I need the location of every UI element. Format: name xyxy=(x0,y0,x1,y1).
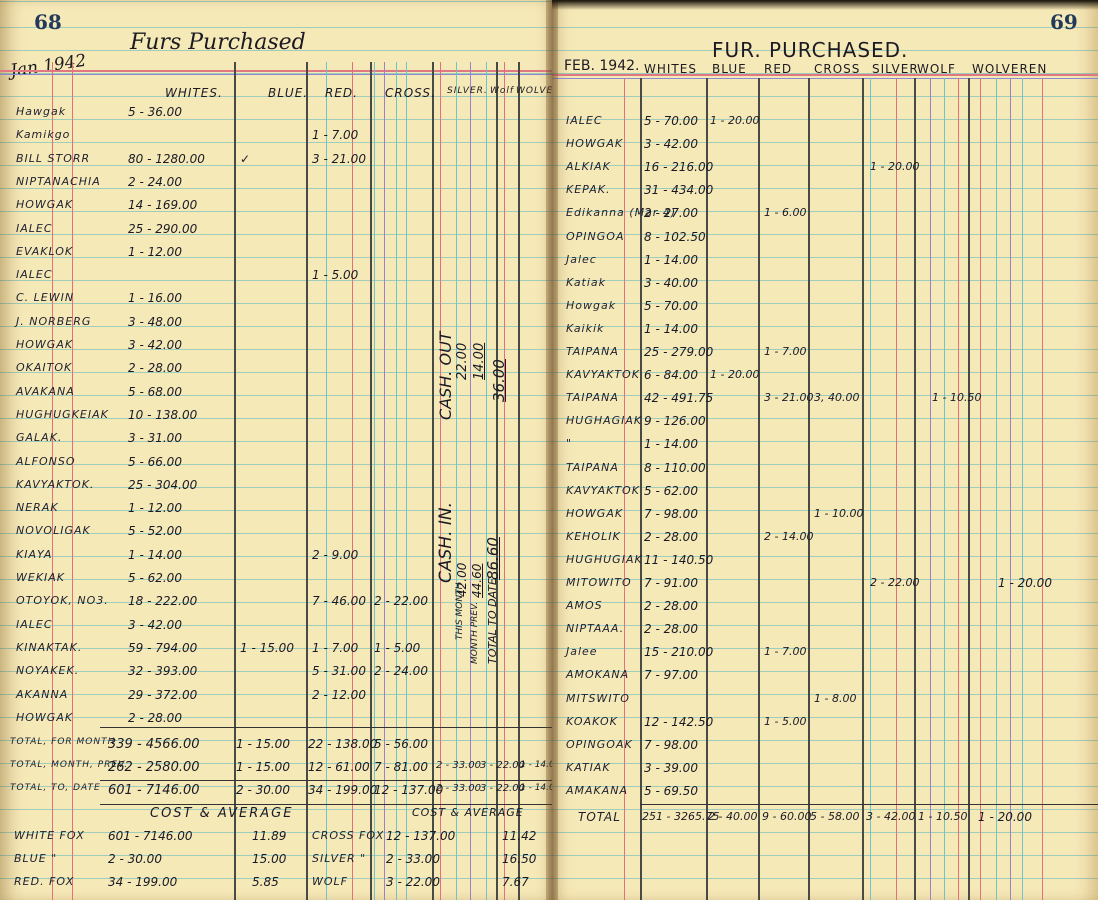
column-header: Wolf xyxy=(490,86,514,96)
page-number: 69 xyxy=(1050,10,1078,34)
total-row: TOTAL, TO, DATE601 - 7146.002 - 30.0034 … xyxy=(0,781,552,804)
whites-entry: 3 - 42.00 xyxy=(644,137,698,151)
fur-seller-name: IALEC xyxy=(16,268,53,281)
total-label: TOTAL, TO, DATE xyxy=(10,783,101,793)
cost-average: 11.42 xyxy=(502,829,536,843)
table-row: "1 - 14.00 xyxy=(552,435,1098,458)
blue-total: 2 - 30.00 xyxy=(236,783,290,797)
whites-entry: 1 - 12.00 xyxy=(128,245,182,259)
table-row: AMAKANA5 - 69.50 xyxy=(552,782,1098,805)
whites-entry: 7 - 98.00 xyxy=(644,738,698,752)
blue-entry: 1 - 15.00 xyxy=(240,641,294,655)
cross-entry: 1 - 5.00 xyxy=(374,641,420,655)
whites-entry: 5 - 62.00 xyxy=(644,484,698,498)
red-entry: 1 - 7.00 xyxy=(312,128,358,142)
page-edge-shadow xyxy=(552,0,1098,10)
column-header: BLUE. xyxy=(268,86,308,100)
whites-entry: 11 - 140.50 xyxy=(644,553,713,567)
fur-seller-name: ALKIAK xyxy=(566,160,611,173)
whites-entry: 14 - 169.00 xyxy=(128,198,197,212)
fur-seller-name: Howgak xyxy=(566,299,616,312)
fur-seller-name: WEKIAK xyxy=(16,571,65,584)
red-entry: 1 - 5.00 xyxy=(312,268,358,282)
fur-seller-name: MITOWITO xyxy=(566,576,632,589)
whites-entry: 9 - 126.00 xyxy=(644,414,706,428)
total-rule xyxy=(100,727,552,728)
cross-total: 5 - 56.00 xyxy=(374,737,428,751)
total-rule xyxy=(640,804,1098,805)
fur-seller-name: KEHOLIK xyxy=(566,530,621,543)
fur-seller-name: AMOKANA xyxy=(566,668,629,681)
ledger-page-69: 69 FUR. PURCHASED. FEB. 1942. WHITESBLUE… xyxy=(552,0,1098,900)
whites-entry: 2 - 28.00 xyxy=(128,361,182,375)
whites-entry: 3 - 31.00 xyxy=(128,431,182,445)
column-header: RED. xyxy=(325,86,358,100)
total-rule xyxy=(100,780,552,781)
red-entry: 1 - 7.00 xyxy=(312,641,358,655)
total-row: TOTAL251 - 3265.752 - 40.009 - 60.005 - … xyxy=(552,808,1098,831)
fur-seller-name: IALEC xyxy=(16,222,53,235)
whites-entry: 2 - 28.00 xyxy=(644,599,698,613)
whites-entry: 3 - 42.00 xyxy=(128,618,182,632)
fur-seller-name: Kamikgo xyxy=(16,128,70,141)
this-month-amount: 42.00 xyxy=(455,563,469,597)
wolf-total: 3 - 22.00 xyxy=(480,760,525,771)
cost-count: 2 - 33.00 xyxy=(386,852,440,866)
total-to-date-amount: 86.60 xyxy=(484,537,502,580)
table-row: AVAKANA5 - 68.00 xyxy=(0,383,552,406)
fur-seller-name: OPINGOAK xyxy=(566,738,633,751)
fur-seller-name: TAIPANA xyxy=(566,345,619,358)
cost-fur-name: SILVER " xyxy=(312,852,366,865)
month-prev-label: MONTH PREV. xyxy=(470,602,480,664)
table-row: EVAKLOK1 - 12.00 xyxy=(0,243,552,266)
whites-entry: 7 - 91.00 xyxy=(644,576,698,590)
blue-total: 1 - 15.00 xyxy=(236,737,290,751)
table-row: TAIPANA8 - 110.00 xyxy=(552,459,1098,482)
silver-entry: 1 - 20.00 xyxy=(870,160,919,173)
table-row: Hawgak5 - 36.00 xyxy=(0,103,552,126)
fur-seller-name: HOWGAK xyxy=(16,338,73,351)
table-row: OPINGOA8 - 102.50 xyxy=(552,228,1098,251)
whites-entry: 3 - 40.00 xyxy=(644,276,698,290)
cross-total: 5 - 58.00 xyxy=(810,810,859,823)
fur-seller-name: KAVYAKTOK xyxy=(566,368,640,381)
column-header: WHITES xyxy=(644,62,697,76)
table-row: KAVYAKTOK6 - 84.001 - 20.00 xyxy=(552,366,1098,389)
cash-in-label: CASH. IN. xyxy=(436,502,456,583)
cost-fur-name: BLUE " xyxy=(14,852,57,865)
fur-seller-name: TAIPANA xyxy=(566,391,619,404)
whites-entry: 3 - 39.00 xyxy=(644,761,698,775)
table-row: AKANNA29 - 372.002 - 12.00 xyxy=(0,686,552,709)
whites-entry: 5 - 70.00 xyxy=(644,299,698,313)
red-entry: 2 - 14.00 xyxy=(764,530,813,543)
whites-total: 601 - 7146.00 xyxy=(108,783,200,798)
red-entry: 1 - 6.00 xyxy=(764,206,806,219)
table-row: NOYAKEK.32 - 393.005 - 31.002 - 24.00 xyxy=(0,662,552,685)
cross-total: 12 - 137.00 xyxy=(374,783,443,797)
cost-average: 15.00 xyxy=(252,852,286,866)
whites-total: 339 - 4566.00 xyxy=(108,737,200,752)
silver-entry: 2 - 22.00 xyxy=(870,576,919,589)
fur-seller-name: AMOS xyxy=(566,599,603,612)
fur-seller-name: OPINGOA xyxy=(566,230,624,243)
fur-seller-name: HOWGAK xyxy=(16,198,73,211)
cost-count: 12 - 137.00 xyxy=(386,829,455,843)
whites-entry: 2 - 24.00 xyxy=(128,175,182,189)
fur-seller-name: KATIAK xyxy=(566,761,611,774)
table-row: GALAK.3 - 31.00 xyxy=(0,429,552,452)
table-row: Howgak5 - 70.00 xyxy=(552,297,1098,320)
wolverine-total: 1 - 20.00 xyxy=(978,810,1032,824)
total-to-date-label: TOTAL TO DATE xyxy=(486,578,499,664)
fur-seller-name: KINAKTAK. xyxy=(16,641,82,654)
whites-entry: 8 - 110.00 xyxy=(644,461,706,475)
cost-average-header: COST & AVERAGE xyxy=(412,806,524,819)
red-entry: 2 - 9.00 xyxy=(312,548,358,562)
wolverine-entry: 1 - 20.00 xyxy=(998,576,1052,590)
whites-entry: 1 - 14.00 xyxy=(644,322,698,336)
fur-seller-name: J. NORBERG xyxy=(16,315,91,328)
book-gutter xyxy=(546,0,558,900)
red-total: 9 - 60.00 xyxy=(762,810,811,823)
whites-entry: 5 - 70.00 xyxy=(644,114,698,128)
whites-entry: 5 - 68.00 xyxy=(128,385,182,399)
cost-average: 11.89 xyxy=(252,829,286,843)
whites-entry: 2 - 28.00 xyxy=(128,711,182,725)
cost-fur-name: WOLF xyxy=(312,875,348,888)
table-row: IALEC25 - 290.00 xyxy=(0,220,552,243)
cash-out-amount: 22.00 xyxy=(455,343,470,380)
fur-seller-name: AKANNA xyxy=(16,688,68,701)
table-row: NERAK1 - 12.00 xyxy=(0,499,552,522)
column-header: BLUE xyxy=(712,62,747,76)
whites-total: 262 - 2580.00 xyxy=(108,760,200,775)
whites-entry: 1 - 14.00 xyxy=(644,253,698,267)
table-row: Katiak3 - 40.00 xyxy=(552,274,1098,297)
blue-total: 2 - 40.00 xyxy=(708,810,757,823)
fur-seller-name: C. LEWIN xyxy=(16,291,74,304)
fur-seller-name: KEPAK. xyxy=(566,183,610,196)
column-header: CROSS. xyxy=(385,86,436,100)
whites-entry: 18 - 222.00 xyxy=(128,594,197,608)
red-entry: 1 - 5.00 xyxy=(764,715,806,728)
cost-fur-name: WHITE FOX xyxy=(14,829,85,842)
red-entry: 1 - 7.00 xyxy=(764,645,806,658)
cost-average-header: COST & AVERAGE xyxy=(150,806,293,821)
table-row: HOWGAK7 - 98.001 - 10.00 xyxy=(552,505,1098,528)
whites-entry: 3 - 42.00 xyxy=(128,338,182,352)
fur-seller-name: AVAKANA xyxy=(16,385,75,398)
fur-seller-name: KAVYAKTOK xyxy=(566,484,640,497)
cost-count: 34 - 199.00 xyxy=(108,875,177,889)
column-header: CROSS xyxy=(814,62,860,76)
whites-entry: 29 - 372.00 xyxy=(128,688,197,702)
table-row: HUGHAGIAK9 - 126.00 xyxy=(552,412,1098,435)
table-row: NIPTAAA.2 - 28.00 xyxy=(552,620,1098,643)
table-row: Edikanna (Mar 4)2 - 27.001 - 6.00 xyxy=(552,204,1098,227)
month-prev-amount: 44.60 xyxy=(470,564,484,598)
cost-fur-name: RED. FOX xyxy=(14,875,74,888)
cost-count: 2 - 30.00 xyxy=(108,852,162,866)
red-total: 22 - 138.00 xyxy=(308,737,377,751)
table-row: KEHOLIK2 - 28.002 - 14.00 xyxy=(552,528,1098,551)
total-rule xyxy=(100,804,552,805)
table-row: BILL STORR80 - 1280.00✓3 - 21.00 xyxy=(0,150,552,173)
table-row: HUGHUGIAK11 - 140.50 xyxy=(552,551,1098,574)
table-row: HOWGAK2 - 28.00 xyxy=(0,709,552,732)
table-row: NOVOLIGAK5 - 52.00 xyxy=(0,522,552,545)
fur-seller-name: EVAKLOK xyxy=(16,245,73,258)
table-row: HOWGAK14 - 169.00 xyxy=(0,196,552,219)
whites-entry: 32 - 393.00 xyxy=(128,664,197,678)
cost-count: 601 - 7146.00 xyxy=(108,829,193,843)
page-title: FUR. PURCHASED. xyxy=(712,38,908,62)
whites-entry: 12 - 142.50 xyxy=(644,715,713,729)
table-row: ALFONSO5 - 66.00 xyxy=(0,453,552,476)
fur-seller-name: Hawgak xyxy=(16,105,66,118)
column-header: SILVER. xyxy=(447,86,488,96)
table-row: Jalee15 - 210.001 - 7.00 xyxy=(552,643,1098,666)
fur-seller-name: OTOYOK, NO3. xyxy=(16,594,109,607)
cross-entry: 1 - 8.00 xyxy=(814,692,856,705)
whites-entry: 2 - 28.00 xyxy=(644,530,698,544)
table-row: KEPAK.31 - 434.00 xyxy=(552,181,1098,204)
fur-seller-name: Kaikik xyxy=(566,322,604,335)
whites-entry: 80 - 1280.00 xyxy=(128,152,205,166)
cost-average: 7.67 xyxy=(502,875,529,889)
total-row: TOTAL, MONTH, PREV.262 - 2580.001 - 15.0… xyxy=(0,758,552,781)
fur-seller-name: TAIPANA xyxy=(566,461,619,474)
whites-entry: 3 - 48.00 xyxy=(128,315,182,329)
table-row: MITOWITO7 - 91.002 - 22.001 - 20.00 xyxy=(552,574,1098,597)
total-label: TOTAL xyxy=(578,810,621,824)
fur-seller-name: HUGHUGKEIAK xyxy=(16,408,109,421)
table-row: MITSWITO1 - 8.00 xyxy=(552,690,1098,713)
cost-average: 16.50 xyxy=(502,852,536,866)
fur-seller-name: HOWGAK xyxy=(566,507,623,520)
whites-entry: 25 - 304.00 xyxy=(128,478,197,492)
table-row: Kamikgo1 - 7.00 xyxy=(0,126,552,149)
fur-seller-name: GALAK. xyxy=(16,431,62,444)
table-row: KOAKOK12 - 142.501 - 5.00 xyxy=(552,713,1098,736)
total-row: TOTAL, FOR MONTH339 - 4566.001 - 15.0022… xyxy=(0,735,552,758)
table-row: KAVYAKTOK.25 - 304.00 xyxy=(0,476,552,499)
cost-average: 5.85 xyxy=(252,875,279,889)
whites-entry: 7 - 98.00 xyxy=(644,507,698,521)
fur-seller-name: ALFONSO xyxy=(16,455,76,468)
silver-total: 3 - 42.00 xyxy=(866,810,915,823)
fur-seller-name: IALEC xyxy=(16,618,53,631)
total-label: TOTAL, FOR MONTH xyxy=(10,737,115,747)
blue-total: 1 - 15.00 xyxy=(236,760,290,774)
red-entry: 1 - 7.00 xyxy=(764,345,806,358)
cost-count: 3 - 22.00 xyxy=(386,875,440,889)
column-header: SILVER xyxy=(872,62,919,76)
whites-entry: 2 - 28.00 xyxy=(644,622,698,636)
fur-seller-name: KIAYA xyxy=(16,548,52,561)
whites-entry: 5 - 66.00 xyxy=(128,455,182,469)
fur-seller-name: HOWGAK xyxy=(16,711,73,724)
cost-fur-name: CROSS FOX xyxy=(312,829,384,842)
fur-seller-name: KOAKOK xyxy=(566,715,618,728)
table-row: Jalec1 - 14.00 xyxy=(552,251,1098,274)
cross-entry: 2 - 24.00 xyxy=(374,664,428,678)
red-entry: 2 - 12.00 xyxy=(312,688,366,702)
ledger-page-68: 68 Furs Purchased Jan 1942 WHITES.BLUE.R… xyxy=(0,0,552,900)
whites-entry: 31 - 434.00 xyxy=(644,183,713,197)
whites-entry: 1 - 14.00 xyxy=(644,437,698,451)
fur-seller-name: NOVOLIGAK xyxy=(16,524,91,537)
fur-seller-name: NIPTAAA. xyxy=(566,622,624,635)
red-entry: 3 - 21.00 xyxy=(312,152,366,166)
cross-entry: 3, 40.00 xyxy=(814,391,859,404)
table-row: HUGHUGKEIAK10 - 138.00 xyxy=(0,406,552,429)
fur-seller-name: IALEC xyxy=(566,114,603,127)
blue-entry: 1 - 20.00 xyxy=(710,368,759,381)
whites-entry: 5 - 62.00 xyxy=(128,571,182,585)
fur-seller-name: NIPTANACHIA xyxy=(16,175,101,188)
whites-entry: 16 - 216.00 xyxy=(644,160,713,174)
page-title: Furs Purchased xyxy=(130,30,306,55)
red-entry: 7 - 46.00 xyxy=(312,594,366,608)
whites-entry: 8 - 102.50 xyxy=(644,230,706,244)
wolf-entry: 1 - 10.50 xyxy=(932,391,981,404)
table-row: OPINGOAK7 - 98.00 xyxy=(552,736,1098,759)
whites-entry: 1 - 16.00 xyxy=(128,291,182,305)
table-row: TAIPANA25 - 279.001 - 7.00 xyxy=(552,343,1098,366)
table-row: J. NORBERG3 - 48.00 xyxy=(0,313,552,336)
table-row: IALEC5 - 70.001 - 20.00 xyxy=(552,112,1098,135)
fur-seller-name: NERAK xyxy=(16,501,59,514)
fur-seller-name: AMAKANA xyxy=(566,784,628,797)
column-header: RED xyxy=(764,62,792,76)
wolf-total: 1 - 10.50 xyxy=(918,810,967,823)
month-label: Jan 1942 xyxy=(9,51,88,81)
fur-seller-name: Jalee xyxy=(566,645,598,658)
cross-entry: 2 - 22.00 xyxy=(374,594,428,608)
whites-entry: 2 - 27.00 xyxy=(644,206,698,220)
whites-entry: 7 - 97.00 xyxy=(644,668,698,682)
fur-seller-name: OKAITOK xyxy=(16,361,72,374)
column-header: WOLF xyxy=(917,62,956,76)
column-header: WOLVEREN xyxy=(972,62,1047,76)
fur-seller-name: Jalec xyxy=(566,253,597,266)
silver-total: 2 - 33.00 xyxy=(436,760,481,771)
whites-entry: 25 - 290.00 xyxy=(128,222,197,236)
whites-entry: 5 - 69.50 xyxy=(644,784,698,798)
cross-entry: 1 - 10.00 xyxy=(814,507,863,520)
fur-seller-name: KAVYAKTOK. xyxy=(16,478,94,491)
table-row: IALEC1 - 5.00 xyxy=(0,266,552,289)
fur-seller-name: HUGHUGIAK xyxy=(566,553,643,566)
fur-seller-name: HOWGAK xyxy=(566,137,623,150)
red-entry: 5 - 31.00 xyxy=(312,664,366,678)
fur-seller-name: Katiak xyxy=(566,276,606,289)
table-row: KAVYAKTOK5 - 62.00 xyxy=(552,482,1098,505)
fur-seller-name: " xyxy=(566,437,572,450)
whites-entry: 1 - 12.00 xyxy=(128,501,182,515)
red-total: 12 - 61.00 xyxy=(308,760,370,774)
cash-out-label: CASH. OUT xyxy=(436,331,455,420)
cash-out-amount: 14.00 xyxy=(472,343,487,380)
table-row: ALKIAK16 - 216.001 - 20.00 xyxy=(552,158,1098,181)
fur-seller-name: HUGHAGIAK xyxy=(566,414,642,427)
column-header: WHITES. xyxy=(165,86,223,100)
table-row: C. LEWIN1 - 16.00 xyxy=(0,289,552,312)
ledger-spread: 68 Furs Purchased Jan 1942 WHITES.BLUE.R… xyxy=(0,0,1098,900)
month-label: FEB. 1942. xyxy=(564,58,639,74)
whites-entry: 59 - 794.00 xyxy=(128,641,197,655)
table-row: TAIPANA42 - 491.753 - 21.003, 40.001 - 1… xyxy=(552,389,1098,412)
red-entry: 3 - 21.00 xyxy=(764,391,813,404)
wolf-total: 3 - 22.00 xyxy=(480,783,525,794)
cross-total: 7 - 81.00 xyxy=(374,760,428,774)
whites-entry: 15 - 210.00 xyxy=(644,645,713,659)
page-number: 68 xyxy=(34,10,62,34)
fur-seller-name: BILL STORR xyxy=(16,152,90,165)
table-row: AMOS2 - 28.00 xyxy=(552,597,1098,620)
silver-total: 2 - 33.00 xyxy=(436,783,481,794)
table-row: Kaikik1 - 14.00 xyxy=(552,320,1098,343)
table-row: NIPTANACHIA2 - 24.00 xyxy=(0,173,552,196)
cash-out-total: 36.00 xyxy=(490,359,508,402)
whites-entry: 10 - 138.00 xyxy=(128,408,197,422)
whites-entry: 42 - 491.75 xyxy=(644,391,713,405)
blue-entry: ✓ xyxy=(240,152,250,166)
table-row: AMOKANA7 - 97.00 xyxy=(552,666,1098,689)
fur-seller-name: NOYAKEK. xyxy=(16,664,79,677)
table-row: KATIAK3 - 39.00 xyxy=(552,759,1098,782)
whites-entry: 1 - 14.00 xyxy=(128,548,182,562)
red-total: 34 - 199.00 xyxy=(308,783,377,797)
whites-entry: 5 - 36.00 xyxy=(128,105,182,119)
whites-entry: 5 - 52.00 xyxy=(128,524,182,538)
blue-entry: 1 - 20.00 xyxy=(710,114,759,127)
fur-seller-name: MITSWITO xyxy=(566,692,630,705)
whites-entry: 25 - 279.00 xyxy=(644,345,713,359)
whites-entry: 6 - 84.00 xyxy=(644,368,698,382)
table-row: HOWGAK3 - 42.00 xyxy=(552,135,1098,158)
